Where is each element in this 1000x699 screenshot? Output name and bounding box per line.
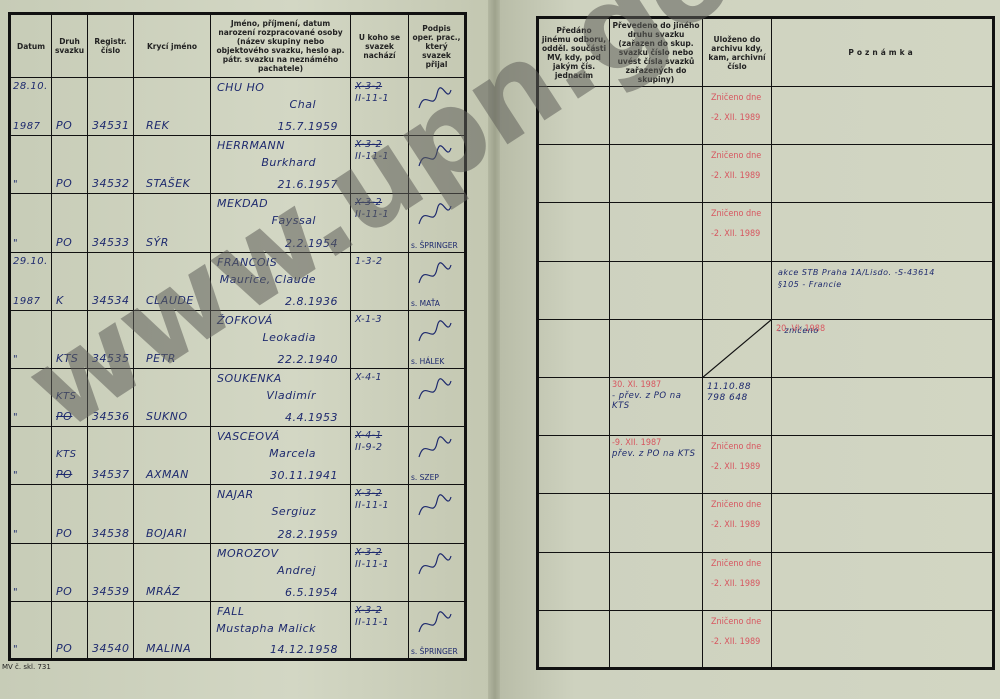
file-type: PO <box>56 527 72 540</box>
cell-person: SOUKENKA Vladimír 4.4.1953 <box>211 368 351 426</box>
cell-signature: s. ŠPRINGER <box>409 601 466 659</box>
cell-converted: 30. XI. 1987 - přev. z PO na KTS <box>610 377 703 435</box>
person-surname: MOROZOV <box>217 547 279 560</box>
person-firstname: Andrej <box>277 564 316 577</box>
reg-number: 34536 <box>92 410 130 423</box>
register-table-right: Předáno jinému odboru, odděl. součásti M… <box>536 16 995 670</box>
cell-note <box>772 436 994 494</box>
cell-handed-over <box>538 145 610 203</box>
signature-name: s. ŠPRINGER <box>411 241 458 250</box>
cell-signature <box>409 485 466 543</box>
cell-archived: Zničeno dne -2. XII. 1989 <box>703 494 772 552</box>
person-birthdate: 4.4.1953 <box>285 411 338 424</box>
cell-converted <box>610 203 703 261</box>
table-row: " KTS PO 34537 AXMAN VASCEOVÁ Marcela 30… <box>10 427 466 485</box>
date-bottom: 1987 <box>13 121 40 132</box>
signature-name: s. SZEP <box>411 473 439 482</box>
table-row: -9. XII. 1987 přev. z PO na KTS Zničeno … <box>538 436 994 494</box>
cell-person: VASCEOVÁ Marcela 30.11.1941 <box>211 427 351 485</box>
cell-person: FRANCOIS Maurice, Claude 2.8.1936 <box>211 252 351 310</box>
cover-name: MALINA <box>146 642 191 655</box>
note-text: - zničeno <box>778 326 819 335</box>
reg-number: 34537 <box>92 468 130 481</box>
cell-reg-number: 34538 <box>88 485 134 543</box>
cell-archived: Zničeno dne -2. XII. 1989 <box>703 610 772 668</box>
cell-location: X-3-2 II-11-1 <box>351 485 409 543</box>
cell-converted <box>610 552 703 610</box>
cell-date: 28.10. 1987 <box>10 78 52 136</box>
location-old: X-3-2 <box>355 81 382 92</box>
form-number: MV č. skl. 731 <box>2 663 51 671</box>
cell-file-type: PO <box>52 543 88 601</box>
location-new: II-11-1 <box>355 617 389 628</box>
reg-number: 34534 <box>92 294 130 307</box>
table-row: " PO 34539 MRÁZ MOROZOV Andrej 6.5.1954 … <box>10 543 466 601</box>
cell-person: HERRMANN Burkhard 21.6.1957 <box>211 136 351 194</box>
archive-line-2: -2. XII. 1989 <box>711 229 760 239</box>
location-old: X-3-2 <box>355 605 382 616</box>
archive-line-2: -2. XII. 1989 <box>711 462 760 472</box>
note-text-2: §105 - Francie <box>778 280 842 289</box>
table-row: Zničeno dne -2. XII. 1989 <box>538 610 994 668</box>
cell-converted <box>610 319 703 377</box>
converted-note: přev. z PO na KTS <box>612 449 700 459</box>
cell-handed-over <box>538 87 610 145</box>
archive-line-2: 798 648 <box>707 393 748 403</box>
cell-person: FALL Mustapha Malick 14.12.1958 <box>211 601 351 659</box>
signature-name: s. HÁLEK <box>411 357 444 366</box>
header-signature: Podpis oper. prac., který svazek přijal <box>409 14 466 78</box>
date-top: 28.10. <box>13 81 48 92</box>
signature-scribble-icon <box>415 142 455 172</box>
header-person: Jméno, příjmení, datum narození rozpraco… <box>211 14 351 78</box>
cell-handed-over <box>538 552 610 610</box>
cell-handed-over <box>538 377 610 435</box>
cell-file-type: PO <box>52 194 88 252</box>
archive-line-1: Zničeno dne <box>711 93 761 103</box>
table-row: 20. VI. 1988 - zničeno <box>538 319 994 377</box>
table-row: 30. XI. 1987 - přev. z PO na KTS 11.10.8… <box>538 377 994 435</box>
cell-converted: -9. XII. 1987 přev. z PO na KTS <box>610 436 703 494</box>
cell-cover-name: BOJARI <box>134 485 211 543</box>
cell-cover-name: PETR <box>134 310 211 368</box>
header-reg-number: Registr. číslo <box>88 14 134 78</box>
cell-cover-name: SUKNO <box>134 368 211 426</box>
archive-line-1: Zničeno dne <box>711 617 761 627</box>
cell-location: X-3-2 II-11-1 <box>351 543 409 601</box>
person-firstname: Maurice, Claude <box>220 273 316 286</box>
person-surname: VASCEOVÁ <box>217 430 280 443</box>
person-firstname: Marcela <box>269 447 316 460</box>
cell-signature: s. SZEP <box>409 427 466 485</box>
cell-person: MEKDAD Fayssal 2.2.1954 <box>211 194 351 252</box>
cover-name: AXMAN <box>146 468 189 481</box>
file-type: PO <box>56 119 72 132</box>
cell-signature: s. MAŤA <box>409 252 466 310</box>
date-bottom: " <box>13 354 18 365</box>
location-new: II-11-1 <box>355 500 389 511</box>
person-birthdate: 15.7.1959 <box>278 120 338 133</box>
converted-stamp: -9. XII. 1987 <box>612 438 661 448</box>
archive-line-1: Zničeno dne <box>711 442 761 452</box>
cell-archived: Zničeno dne -2. XII. 1989 <box>703 203 772 261</box>
cell-converted <box>610 610 703 668</box>
person-surname: FALL <box>217 605 244 618</box>
cell-file-type: KTS PO <box>52 368 88 426</box>
cell-file-type: PO <box>52 485 88 543</box>
cell-file-type: KTS <box>52 310 88 368</box>
person-birthdate: 21.6.1957 <box>278 178 338 191</box>
cell-signature <box>409 543 466 601</box>
person-birthdate: 2.8.1936 <box>285 295 338 308</box>
converted-note: - přev. z PO na KTS <box>612 391 700 411</box>
date-bottom: " <box>13 529 18 540</box>
cell-date: " <box>10 368 52 426</box>
table-row: Zničeno dne -2. XII. 1989 <box>538 494 994 552</box>
person-firstname: Leokadia <box>262 331 316 344</box>
cell-converted <box>610 87 703 145</box>
header-handed-over: Předáno jinému odboru, odděl. součásti M… <box>538 18 610 87</box>
converted-stamp: 30. XI. 1987 <box>612 380 661 390</box>
reg-number: 34535 <box>92 352 130 365</box>
cell-handed-over <box>538 610 610 668</box>
header-location: U koho se svazek nachází <box>351 14 409 78</box>
cell-note: 20. VI. 1988 - zničeno <box>772 319 994 377</box>
cover-name: PETR <box>146 352 176 365</box>
cell-file-type: PO <box>52 136 88 194</box>
file-type: PO <box>56 468 72 481</box>
cell-signature: s. ŠPRINGER <box>409 194 466 252</box>
table-row: 28.10. 1987 PO 34531 REK CHU HO Chal 15.… <box>10 78 466 136</box>
file-type: PO <box>56 642 72 655</box>
archive-line-1: Zničeno dne <box>711 209 761 219</box>
table-row: akce STB Praha 1A/Lisdo. -S-43614 §105 -… <box>538 261 994 319</box>
location-old: X-3-2 <box>355 488 382 499</box>
cell-handed-over <box>538 436 610 494</box>
cell-file-type: K <box>52 252 88 310</box>
cell-reg-number: 34536 <box>88 368 134 426</box>
person-birthdate: 14.12.1958 <box>270 643 338 656</box>
header-cover-name: Krycí jméno <box>134 14 211 78</box>
cell-location: X-1-3 <box>351 310 409 368</box>
cell-date: " <box>10 194 52 252</box>
archive-line-2: -2. XII. 1989 <box>711 171 760 181</box>
table-row: Zničeno dne -2. XII. 1989 <box>538 87 994 145</box>
cell-note <box>772 87 994 145</box>
archive-line-2: -2. XII. 1989 <box>711 113 760 123</box>
signature-scribble-icon <box>415 84 455 114</box>
cell-reg-number: 34533 <box>88 194 134 252</box>
date-bottom: " <box>13 412 18 423</box>
table-row: " KTS 34535 PETR ŽOFKOVÁ Leokadia 22.2.1… <box>10 310 466 368</box>
date-bottom: " <box>13 587 18 598</box>
cell-cover-name: AXMAN <box>134 427 211 485</box>
person-birthdate: 22.2.1940 <box>278 353 338 366</box>
reg-number: 34539 <box>92 585 130 598</box>
signature-scribble-icon <box>415 200 455 230</box>
archive-line-1: Zničeno dne <box>711 500 761 510</box>
cell-converted <box>610 261 703 319</box>
cell-handed-over <box>538 494 610 552</box>
signature-name: s. ŠPRINGER <box>411 647 458 656</box>
cell-reg-number: 34534 <box>88 252 134 310</box>
diagonal-strike-icon <box>703 320 771 377</box>
cell-cover-name: STAŠEK <box>134 136 211 194</box>
table-row: " PO 34540 MALINA FALL Mustapha Malick 1… <box>10 601 466 659</box>
location-new: II-11-1 <box>355 209 389 220</box>
person-birthdate: 2.2.1954 <box>285 237 338 250</box>
cell-note <box>772 494 994 552</box>
cell-location: X-3-2 II-11-1 <box>351 78 409 136</box>
archive-line-1: Zničeno dne <box>711 559 761 569</box>
person-firstname: Fayssal <box>272 214 316 227</box>
cell-location: 1-3-2 <box>351 252 409 310</box>
cell-archived: Zničeno dne -2. XII. 1989 <box>703 436 772 494</box>
cell-archived <box>703 261 772 319</box>
archive-line-1: Zničeno dne <box>711 151 761 161</box>
reg-number: 34532 <box>92 177 130 190</box>
person-surname: ŽOFKOVÁ <box>217 314 273 327</box>
person-firstname: Chal <box>290 98 316 111</box>
cell-signature: s. HÁLEK <box>409 310 466 368</box>
cover-name: CLAUDE <box>146 294 194 307</box>
archive-line-2: -2. XII. 1989 <box>711 579 760 589</box>
date-bottom: 1987 <box>13 296 40 307</box>
location-new: II-11-1 <box>355 559 389 570</box>
cell-converted <box>610 145 703 203</box>
location-new: II-11-1 <box>355 93 389 104</box>
file-type: PO <box>56 585 72 598</box>
signature-name: s. MAŤA <box>411 299 440 308</box>
table-row: Zničeno dne -2. XII. 1989 <box>538 552 994 610</box>
location-new: II-11-1 <box>355 151 389 162</box>
cell-cover-name: SÝR <box>134 194 211 252</box>
cell-location: X-4-1 II-9-2 <box>351 427 409 485</box>
cell-location: X-4-1 <box>351 368 409 426</box>
cover-name: REK <box>146 119 169 132</box>
header-row: Datum Druh svazku Registr. číslo Krycí j… <box>10 14 466 78</box>
header-note: Poznámka <box>772 18 994 87</box>
location-new: II-9-2 <box>355 442 383 453</box>
table-row: 29.10. 1987 K 34534 CLAUDE FRANCOIS Maur… <box>10 252 466 310</box>
signature-scribble-icon <box>415 550 455 580</box>
location-old: X-3-2 <box>355 197 382 208</box>
file-type: K <box>56 294 64 307</box>
person-birthdate: 28.2.1959 <box>278 528 338 541</box>
cover-name: SUKNO <box>146 410 188 423</box>
cell-note <box>772 610 994 668</box>
file-type: PO <box>56 177 72 190</box>
cell-handed-over <box>538 319 610 377</box>
date-top: 29.10. <box>13 256 48 267</box>
cell-note: akce STB Praha 1A/Lisdo. -S-43614 §105 -… <box>772 261 994 319</box>
cell-file-type: PO <box>52 78 88 136</box>
cell-person: ŽOFKOVÁ Leokadia 22.2.1940 <box>211 310 351 368</box>
cell-signature <box>409 136 466 194</box>
reg-number: 34533 <box>92 236 130 249</box>
date-bottom: " <box>13 238 18 249</box>
cell-person: CHU HO Chal 15.7.1959 <box>211 78 351 136</box>
cell-archived <box>703 319 772 377</box>
cell-reg-number: 34535 <box>88 310 134 368</box>
signature-scribble-icon <box>415 317 455 347</box>
location-new: 1-3-2 <box>355 256 383 267</box>
table-row: Zničeno dne -2. XII. 1989 <box>538 203 994 261</box>
cell-date: " <box>10 136 52 194</box>
person-surname: SOUKENKA <box>217 372 282 385</box>
cell-location: X-3-2 II-11-1 <box>351 136 409 194</box>
person-birthdate: 30.11.1941 <box>270 469 338 482</box>
file-type: PO <box>56 236 72 249</box>
person-firstname: Sergiuz <box>271 505 316 518</box>
cover-name: MRÁZ <box>146 585 180 598</box>
reg-number: 34531 <box>92 119 130 132</box>
cell-person: NAJAR Sergiuz 28.2.1959 <box>211 485 351 543</box>
cell-location: X-3-2 II-11-1 <box>351 601 409 659</box>
table-row: Zničeno dne -2. XII. 1989 <box>538 145 994 203</box>
date-bottom: " <box>13 470 18 481</box>
cell-reg-number: 34539 <box>88 543 134 601</box>
cell-note <box>772 377 994 435</box>
cell-date: " <box>10 485 52 543</box>
person-firstname: Vladimír <box>266 389 316 402</box>
cell-file-type: KTS PO <box>52 427 88 485</box>
signature-scribble-icon <box>415 259 455 289</box>
archive-line-2: -2. XII. 1989 <box>711 637 760 647</box>
header-row: Předáno jinému odboru, odděl. součásti M… <box>538 18 994 87</box>
archive-line-2: -2. XII. 1989 <box>711 520 760 530</box>
table-row: " KTS PO 34536 SUKNO SOUKENKA Vladimír 4… <box>10 368 466 426</box>
header-file-type: Druh svazku <box>52 14 88 78</box>
cell-cover-name: REK <box>134 78 211 136</box>
cell-note <box>772 552 994 610</box>
cell-cover-name: CLAUDE <box>134 252 211 310</box>
signature-scribble-icon <box>415 608 455 638</box>
location-old: X-4-1 <box>355 430 382 441</box>
header-date: Datum <box>10 14 52 78</box>
cell-date: " <box>10 310 52 368</box>
cell-handed-over <box>538 261 610 319</box>
cover-name: SÝR <box>146 236 169 249</box>
cell-reg-number: 34531 <box>88 78 134 136</box>
signature-scribble-icon <box>415 433 455 463</box>
table-row: " PO 34532 STAŠEK HERRMANN Burkhard 21.6… <box>10 136 466 194</box>
note-text: akce STB Praha 1A/Lisdo. -S-43614 <box>778 268 935 277</box>
cell-location: X-3-2 II-11-1 <box>351 194 409 252</box>
cell-date: " <box>10 427 52 485</box>
header-converted: Převedeno do jiného druhu svazku (zařaze… <box>610 18 703 87</box>
person-surname: FRANCOIS <box>217 256 277 269</box>
file-type: PO <box>56 410 72 423</box>
table-row: " PO 34538 BOJARI NAJAR Sergiuz 28.2.195… <box>10 485 466 543</box>
archive-line-1: 11.10.88 <box>707 382 751 392</box>
date-bottom: " <box>13 644 18 655</box>
cell-reg-number: 34532 <box>88 136 134 194</box>
cell-note <box>772 145 994 203</box>
cell-signature <box>409 78 466 136</box>
cell-handed-over <box>538 203 610 261</box>
cover-name: BOJARI <box>146 527 187 540</box>
cell-file-type: PO <box>52 601 88 659</box>
person-firstname: Mustapha Malick <box>216 622 316 635</box>
cell-cover-name: MALINA <box>134 601 211 659</box>
reg-number: 34540 <box>92 642 130 655</box>
cell-converted <box>610 494 703 552</box>
cell-archived: Zničeno dne -2. XII. 1989 <box>703 145 772 203</box>
location-new: X-1-3 <box>355 314 382 325</box>
person-surname: NAJAR <box>217 488 254 501</box>
signature-scribble-icon <box>415 375 455 405</box>
cell-person: MOROZOV Andrej 6.5.1954 <box>211 543 351 601</box>
cell-date: " <box>10 601 52 659</box>
person-surname: MEKDAD <box>217 197 268 210</box>
location-old: X-3-2 <box>355 547 382 558</box>
person-firstname: Burkhard <box>261 156 316 169</box>
location-new: X-4-1 <box>355 372 382 383</box>
header-archived: Uloženo do archivu kdy, kam, archivní čí… <box>703 18 772 87</box>
file-type-new: KTS <box>56 391 77 402</box>
cell-note <box>772 203 994 261</box>
person-birthdate: 6.5.1954 <box>285 586 338 599</box>
cell-cover-name: MRÁZ <box>134 543 211 601</box>
date-bottom: " <box>13 179 18 190</box>
cell-date: 29.10. 1987 <box>10 252 52 310</box>
register-table-left: Datum Druh svazku Registr. číslo Krycí j… <box>8 12 467 661</box>
signature-scribble-icon <box>415 491 455 521</box>
location-old: X-3-2 <box>355 139 382 150</box>
person-surname: CHU HO <box>217 81 264 94</box>
person-surname: HERRMANN <box>217 139 285 152</box>
cell-signature <box>409 368 466 426</box>
cell-archived: Zničeno dne -2. XII. 1989 <box>703 552 772 610</box>
cell-reg-number: 34537 <box>88 427 134 485</box>
cell-archived: 11.10.88 798 648 <box>703 377 772 435</box>
cell-reg-number: 34540 <box>88 601 134 659</box>
file-type: KTS <box>56 352 78 365</box>
reg-number: 34538 <box>92 527 130 540</box>
table-row: " PO 34533 SÝR MEKDAD Fayssal 2.2.1954 X… <box>10 194 466 252</box>
cover-name: STAŠEK <box>146 177 190 190</box>
cell-archived: Zničeno dne -2. XII. 1989 <box>703 87 772 145</box>
file-type-new: KTS <box>56 449 77 460</box>
cell-date: " <box>10 543 52 601</box>
